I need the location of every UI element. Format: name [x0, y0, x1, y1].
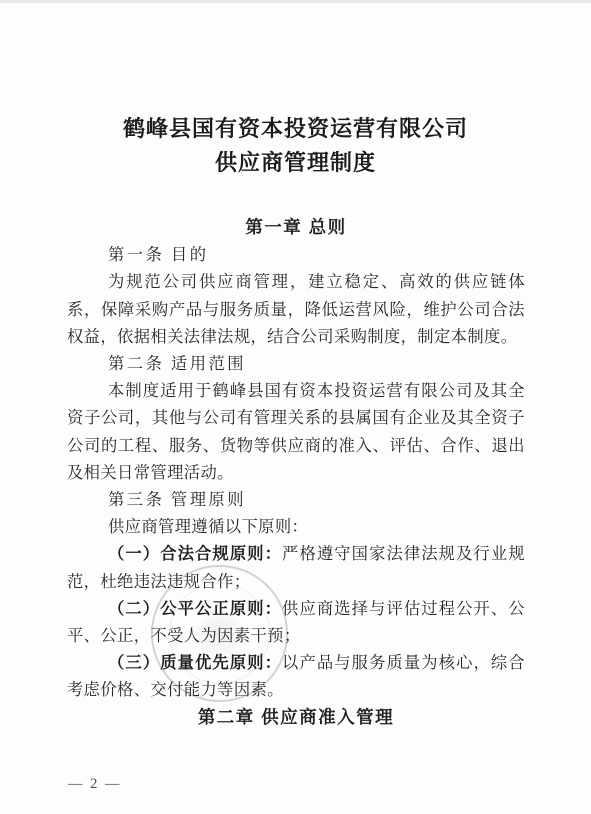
article-3-heading: 第三条 管理原则 [67, 486, 525, 513]
scanned-document-page: 鹤峰县国有资本投资运营有限公司 供应商管理制度 第一章 总则 第一条 目的 为规… [0, 0, 591, 814]
article-2-paragraph: 本制度适用于鹤峰县国有资本投资运营有限公司及其全资子公司，其他与公司有管理关系的… [67, 377, 525, 486]
principle-1-label: （一）合法合规原则： [108, 544, 282, 563]
principle-item-2: （二）公平公正原则：供应商选择与评估过程公开、公平、公正，不受人为因素干预； [67, 595, 525, 649]
article-2-heading: 第二条 适用范围 [67, 350, 525, 377]
document-title-line2: 供应商管理制度 [0, 146, 591, 180]
article-1-heading: 第一条 目的 [67, 241, 525, 268]
principle-item-3: （三）质量优先原则：以产品与服务质量为核心，综合考虑价格、交付能力等因素。 [67, 649, 525, 703]
page-number: — 2 — [68, 776, 122, 793]
scan-edge-artifact [0, 0, 591, 3]
document-title-line1: 鹤峰县国有资本投资运营有限公司 [0, 112, 591, 146]
principle-item-1: （一）合法合规原则：严格遵守国家法律法规及行业规范，杜绝违法违规合作； [67, 540, 525, 594]
document-title: 鹤峰县国有资本投资运营有限公司 供应商管理制度 [0, 112, 591, 180]
principle-2-label: （二）公平公正原则： [108, 599, 282, 618]
document-body: 第一章 总则 第一条 目的 为规范公司供应商管理，建立稳定、高效的供应链体系，保… [67, 214, 525, 731]
chapter-2-heading: 第二章 供应商准入管理 [67, 704, 525, 731]
article-1-paragraph: 为规范公司供应商管理，建立稳定、高效的供应链体系，保障采购产品与服务质量，降低运… [67, 268, 525, 350]
principle-3-label: （三）质量优先原则： [108, 653, 282, 672]
article-3-intro: 供应商管理遵循以下原则： [67, 513, 525, 540]
chapter-1-heading: 第一章 总则 [67, 214, 525, 241]
